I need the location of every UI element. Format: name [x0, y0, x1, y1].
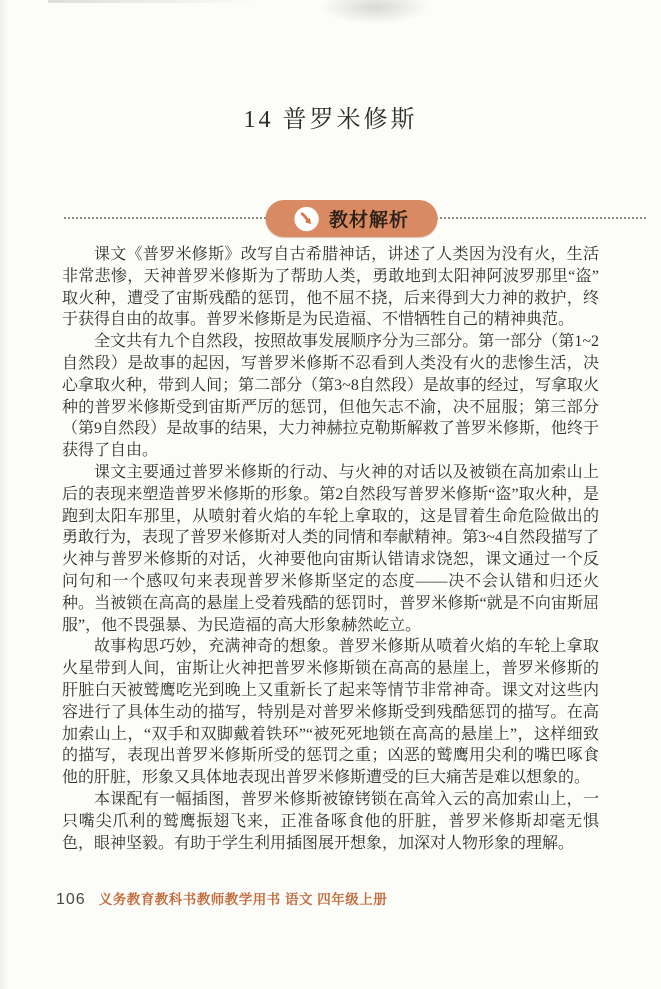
paragraph-1: 课文《普罗米修斯》改写自古希腊神话，讲述了人类因为没有火，生活非常悲惨，天神普罗…: [62, 244, 599, 331]
paragraph-3: 课文主要通过普罗米修斯的行动、与火神的对话以及被锁在高加索山上后的表现来塑造普罗…: [62, 462, 599, 636]
scan-smudge: [320, 0, 430, 24]
arrow-down-right-circle-icon: [294, 206, 320, 232]
section-badge: 教材解析: [266, 200, 438, 237]
paragraph-5: 本课配有一幅插图，普罗米修斯被镣铐锁在高耸入云的高加索山上，一只嘴尖爪利的鹫鹰振…: [62, 789, 599, 854]
section-badge-label: 教材解析: [329, 205, 409, 232]
section-header: 教材解析: [64, 200, 646, 238]
book-page: 14 普罗米修斯 教材解析 课文《普罗米修斯》改写自古希腊神话，讲述了人类因为没…: [0, 0, 661, 989]
paragraph-4: 故事构思巧妙，充满神奇的想象。普罗米修斯从喷着火焰的车轮上拿取火星带到人间，宙斯…: [62, 636, 599, 789]
book-title: 义务教育教科书教师教学用书 语文 四年级上册: [99, 888, 388, 908]
scan-streak: [48, 0, 258, 3]
page-number: 106: [56, 891, 86, 909]
lesson-title: 14 普罗米修斯: [0, 99, 661, 134]
page-footer: 106 义务教育教科书教师教学用书 语文 四年级上册: [56, 888, 387, 909]
body-text: 课文《普罗米修斯》改写自古希腊神话，讲述了人类因为没有火，生活非常悲惨，天神普罗…: [62, 244, 599, 854]
scan-edge-shadow: [0, 0, 8, 989]
paragraph-2: 全文共有九个自然段，按照故事发展顺序分为三部分。第一部分（第1~2自然段）是故事…: [62, 331, 599, 462]
